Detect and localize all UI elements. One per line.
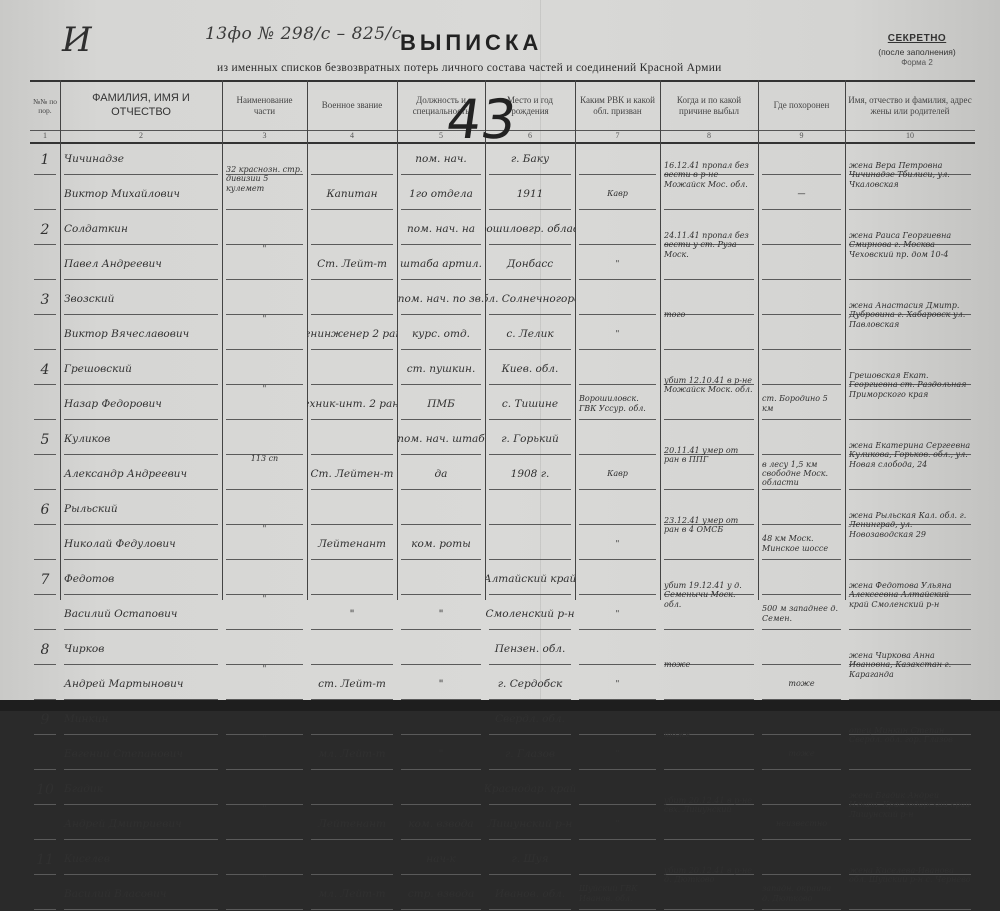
row-rule bbox=[849, 349, 971, 350]
row-rule bbox=[64, 174, 218, 175]
document-title: ВЫПИСКА bbox=[400, 30, 542, 56]
cell-rvk: " bbox=[575, 528, 660, 559]
row-rule bbox=[64, 244, 218, 245]
column-number-4: 4 bbox=[307, 131, 397, 143]
row-rule bbox=[579, 209, 656, 210]
row-rule bbox=[489, 454, 571, 455]
row-rule bbox=[762, 384, 841, 385]
row-rule bbox=[762, 454, 841, 455]
form-label: Форма 2 bbox=[862, 58, 972, 67]
row-rule bbox=[489, 209, 571, 210]
scan-bottom-edge bbox=[0, 700, 1000, 711]
cell-unit: " bbox=[222, 217, 307, 281]
column-header-7: Каким РВК и какой обл. призван bbox=[575, 82, 660, 130]
cell-given: Виктор Михайлович bbox=[60, 178, 222, 209]
losses-table: №№ по пор.1ФАМИЛИЯ, ИМЯ И ОТЧЕСТВО2Наиме… bbox=[30, 80, 975, 700]
cell-rvk: " bbox=[575, 668, 660, 699]
row-rule bbox=[311, 524, 393, 525]
column-header-4: Военное звание bbox=[307, 82, 397, 130]
row-rule bbox=[401, 314, 481, 315]
row-rule bbox=[579, 349, 656, 350]
row-rule bbox=[401, 559, 481, 560]
secret-note: (после заполнения) bbox=[862, 47, 972, 57]
row-rule bbox=[64, 384, 218, 385]
row-rule bbox=[311, 209, 393, 210]
row-rule bbox=[489, 349, 571, 350]
cell-birth-2 bbox=[485, 528, 575, 559]
cell-when: того bbox=[660, 283, 758, 347]
row-rule bbox=[579, 244, 656, 245]
cell-position-2: ПМБ bbox=[397, 388, 485, 419]
cell-when: 24.11.41 пропал без вести у ст. Руза Мос… bbox=[660, 213, 758, 277]
cell-rank: " bbox=[307, 598, 397, 629]
cell-position-1: пом. нач. на bbox=[397, 213, 485, 244]
cell-when: убит 12.10.41 в р-не Можайск Моск. обл. bbox=[660, 353, 758, 417]
cell-unit: 32 краснозн. стр. дивизии 5 кулемет bbox=[222, 147, 307, 211]
cell-rank: Ст. Лейтен-т bbox=[307, 458, 397, 489]
row-rule bbox=[762, 419, 841, 420]
row-rule bbox=[34, 349, 56, 350]
row-rule bbox=[849, 419, 971, 420]
handwritten-reference: 13фо № 298/с – 825/с bbox=[205, 24, 402, 44]
cell-surname: Куликов bbox=[60, 423, 222, 454]
cell-birth-2: с. Тишине bbox=[485, 388, 575, 419]
cell-buried: 500 м западнее д. Семен. bbox=[758, 598, 845, 629]
cell-surname: Грешовский bbox=[60, 353, 222, 384]
row-rule bbox=[762, 174, 841, 175]
cell-given: Виктор Вячеславович bbox=[60, 318, 222, 349]
row-rule bbox=[489, 594, 571, 595]
row-rule bbox=[579, 489, 656, 490]
row-rule bbox=[64, 524, 218, 525]
row-rule bbox=[664, 349, 754, 350]
row-rule bbox=[664, 419, 754, 420]
cell-relatives: жена Анастасия Дмитр. Дубровина г. Хабар… bbox=[845, 283, 975, 347]
row-number: 5 bbox=[30, 423, 60, 457]
cell-surname: Чирков bbox=[60, 633, 222, 664]
row-rule bbox=[64, 209, 218, 210]
cell-when: 23.12.41 умер от ран в 4 ОМСБ bbox=[660, 493, 758, 557]
row-rule bbox=[311, 629, 393, 630]
cell-position-1: ст. пушкин. bbox=[397, 353, 485, 384]
cell-rvk: " bbox=[575, 318, 660, 349]
row-rule bbox=[311, 174, 393, 175]
column-number-1: 1 bbox=[30, 131, 60, 143]
row-rule bbox=[311, 454, 393, 455]
cell-buried: 48 км Моск. Минское шоссе bbox=[758, 528, 845, 559]
row-rule bbox=[311, 244, 393, 245]
row-rule bbox=[762, 664, 841, 665]
row-rule bbox=[64, 559, 218, 560]
row-rule bbox=[64, 279, 218, 280]
row-rule bbox=[489, 244, 571, 245]
row-rule bbox=[311, 279, 393, 280]
cell-position-1: пом. нач. по зв. bbox=[397, 283, 485, 314]
row-rule bbox=[579, 559, 656, 560]
row-rule bbox=[64, 629, 218, 630]
row-rule bbox=[489, 314, 571, 315]
row-rule bbox=[401, 244, 481, 245]
cell-position-1 bbox=[397, 493, 485, 524]
row-rule bbox=[489, 419, 571, 420]
cell-relatives: жена Раиса Георгиевна Смирнова г. Москва… bbox=[845, 213, 975, 277]
cell-position-2: курс. отд. bbox=[397, 318, 485, 349]
cell-unit: " bbox=[222, 637, 307, 701]
row-rule bbox=[849, 489, 971, 490]
cell-birth-2: 1911 bbox=[485, 178, 575, 209]
cell-birth-1: Пензен. обл. bbox=[485, 633, 575, 664]
cell-relatives: жена Екатерина Сергеевна Куликова, Горьк… bbox=[845, 423, 975, 487]
cell-birth-1: Киев. обл. bbox=[485, 353, 575, 384]
row-rule bbox=[489, 629, 571, 630]
row-rule bbox=[401, 489, 481, 490]
row-rule bbox=[579, 454, 656, 455]
row-rule bbox=[401, 174, 481, 175]
row-rule bbox=[489, 664, 571, 665]
row-rule bbox=[311, 489, 393, 490]
row-rule bbox=[579, 314, 656, 315]
cell-position-1 bbox=[397, 633, 485, 664]
row-rule bbox=[401, 279, 481, 280]
row-rule bbox=[849, 209, 971, 210]
row-rule bbox=[664, 279, 754, 280]
row-number: 1 bbox=[30, 143, 60, 177]
row-rule bbox=[311, 419, 393, 420]
cell-given: Назар Федорович bbox=[60, 388, 222, 419]
cell-rvk: Ворошиловск. ГВК Уссур. обл. bbox=[575, 388, 660, 419]
cell-birth-2: Смоленский р-н bbox=[485, 598, 575, 629]
column-number-3: 3 bbox=[222, 131, 307, 143]
handwritten-page-number: 43 bbox=[443, 88, 521, 151]
row-rule bbox=[64, 489, 218, 490]
cell-birth-2: 1908 г. bbox=[485, 458, 575, 489]
row-rule bbox=[401, 629, 481, 630]
document-sheet: И 13фо № 298/с – 825/с ВЫПИСКА из именны… bbox=[0, 0, 1000, 700]
row-rule bbox=[579, 629, 656, 630]
row-rule bbox=[64, 664, 218, 665]
cell-rvk: Кавр bbox=[575, 458, 660, 489]
cell-surname: Чичинадзе bbox=[60, 143, 222, 174]
row-rule bbox=[762, 489, 841, 490]
row-rule bbox=[489, 279, 571, 280]
cell-unit: " bbox=[222, 287, 307, 351]
cell-unit: 113 сп bbox=[222, 427, 307, 491]
column-header-2: ФАМИЛИЯ, ИМЯ И ОТЧЕСТВО bbox=[60, 82, 222, 130]
cell-position-2: " bbox=[397, 598, 485, 629]
row-rule bbox=[579, 419, 656, 420]
row-rule bbox=[762, 279, 841, 280]
row-rule bbox=[34, 279, 56, 280]
row-rule bbox=[311, 384, 393, 385]
column-header-9: Где похоронен bbox=[758, 82, 845, 130]
row-number: 7 bbox=[30, 563, 60, 597]
row-rule bbox=[762, 524, 841, 525]
row-rule bbox=[311, 349, 393, 350]
row-rule bbox=[401, 524, 481, 525]
cell-relatives: жена Рыльская Кал. обл. г. Ленинград, ул… bbox=[845, 493, 975, 557]
cell-birth-2: Донбасс bbox=[485, 248, 575, 279]
row-rule bbox=[579, 664, 656, 665]
row-rule bbox=[762, 349, 841, 350]
column-number-7: 7 bbox=[575, 131, 660, 143]
row-rule bbox=[762, 629, 841, 630]
cell-birth-1 bbox=[485, 493, 575, 524]
archive-mark: И bbox=[62, 20, 92, 60]
row-rule bbox=[311, 314, 393, 315]
row-rule bbox=[579, 384, 656, 385]
cell-relatives: жена Федотова Ульяна Алексеевна Алтайски… bbox=[845, 563, 975, 627]
row-number: 6 bbox=[30, 493, 60, 527]
cell-position-2: да bbox=[397, 458, 485, 489]
cell-birth-1: г. Горький bbox=[485, 423, 575, 454]
row-rule bbox=[401, 349, 481, 350]
cell-birth-1: Моск. обл. Солнечногорский р-н bbox=[485, 283, 575, 314]
cell-position-2: ком. роты bbox=[397, 528, 485, 559]
cell-when: тоже bbox=[660, 633, 758, 697]
row-rule bbox=[579, 174, 656, 175]
cell-position-2: штаба артил. bbox=[397, 248, 485, 279]
cell-buried: ст. Бородино 5 км bbox=[758, 388, 845, 419]
column-number-9: 9 bbox=[758, 131, 845, 143]
cell-unit: " bbox=[222, 497, 307, 561]
cell-rvk: Кавр bbox=[575, 178, 660, 209]
cell-buried: в лесу 1,5 км свободне Моск. области bbox=[758, 458, 845, 489]
column-number-8: 8 bbox=[660, 131, 758, 143]
row-rule bbox=[849, 629, 971, 630]
column-number-2: 2 bbox=[60, 131, 222, 143]
cell-buried bbox=[758, 318, 845, 349]
secret-label: СЕКРЕТНО bbox=[862, 33, 972, 44]
cell-relatives: жена Вера Петровна Чичинадзе Тбилиси, ул… bbox=[845, 143, 975, 207]
row-rule bbox=[34, 559, 56, 560]
column-header-3: Наименование части bbox=[222, 82, 307, 130]
row-rule bbox=[401, 384, 481, 385]
row-rule bbox=[762, 314, 841, 315]
row-rule bbox=[762, 559, 841, 560]
cell-given: Андрей Мартынович bbox=[60, 668, 222, 699]
row-rule bbox=[579, 594, 656, 595]
cell-rank: ст. Лейт-т bbox=[307, 668, 397, 699]
cell-relatives: жена Чиркова Анна Ивановна, Казахстан г.… bbox=[845, 633, 975, 697]
column-header-1: №№ по пор. bbox=[30, 82, 60, 130]
cell-buried: — bbox=[758, 178, 845, 209]
row-rule bbox=[34, 489, 56, 490]
cell-given: Василий Остапович bbox=[60, 598, 222, 629]
cell-unit: " bbox=[222, 567, 307, 631]
row-rule bbox=[849, 559, 971, 560]
row-rule bbox=[489, 524, 571, 525]
row-number: 4 bbox=[30, 353, 60, 387]
column-number-10: 10 bbox=[845, 131, 975, 143]
cell-when: 20.11.41 умер от ран в ППГ bbox=[660, 423, 758, 487]
row-number: 2 bbox=[30, 213, 60, 247]
row-rule bbox=[762, 244, 841, 245]
row-rule bbox=[311, 559, 393, 560]
secrecy-stamp: СЕКРЕТНО (после заполнения) Форма 2 bbox=[862, 33, 972, 67]
row-rule bbox=[849, 279, 971, 280]
row-rule bbox=[401, 419, 481, 420]
row-rule bbox=[579, 524, 656, 525]
cell-position-1: пом. нач. штаб bbox=[397, 423, 485, 454]
cell-birth-1: Ворошиловгр. область bbox=[485, 213, 575, 244]
cell-relatives: Грешовская Екат. Георгиевна ст. Раздольн… bbox=[845, 353, 975, 417]
cell-birth-2: с. Лелик bbox=[485, 318, 575, 349]
row-rule bbox=[664, 209, 754, 210]
row-rule bbox=[64, 594, 218, 595]
column-header-10: Имя, отчество и фамилия, адрес жены или … bbox=[845, 82, 975, 130]
row-number: 3 bbox=[30, 283, 60, 317]
cell-birth-1: Алтайский край bbox=[485, 563, 575, 594]
row-rule bbox=[762, 209, 841, 210]
row-rule bbox=[401, 209, 481, 210]
row-rule bbox=[34, 419, 56, 420]
row-rule bbox=[34, 209, 56, 210]
row-rule bbox=[489, 174, 571, 175]
cell-rank: Капитан bbox=[307, 178, 397, 209]
cell-buried bbox=[758, 248, 845, 279]
row-rule bbox=[64, 314, 218, 315]
cell-unit: " bbox=[222, 357, 307, 421]
row-number: 8 bbox=[30, 633, 60, 667]
row-rule bbox=[401, 664, 481, 665]
row-rule bbox=[489, 489, 571, 490]
row-rule bbox=[64, 349, 218, 350]
cell-surname: Федотов bbox=[60, 563, 222, 594]
row-rule bbox=[311, 664, 393, 665]
row-rule bbox=[664, 489, 754, 490]
row-rule bbox=[489, 559, 571, 560]
row-rule bbox=[311, 594, 393, 595]
cell-when: 16.12.41 пропал без вести в р-не Можайск… bbox=[660, 143, 758, 207]
cell-position-2: " bbox=[397, 668, 485, 699]
document-subtitle: из именных списков безвозвратных потерь … bbox=[217, 62, 722, 74]
cell-rank: Лейтенант bbox=[307, 528, 397, 559]
row-rule bbox=[664, 629, 754, 630]
row-rule bbox=[489, 384, 571, 385]
row-rule bbox=[401, 594, 481, 595]
cell-when: убит 19.12.41 у д. Семенычи Моск. обл. bbox=[660, 563, 758, 627]
cell-given: Николай Федулович bbox=[60, 528, 222, 559]
row-rule bbox=[64, 454, 218, 455]
cell-given: Александр Андреевич bbox=[60, 458, 222, 489]
row-rule bbox=[401, 454, 481, 455]
cell-given: Павел Андреевич bbox=[60, 248, 222, 279]
column-header-8: Когда и по какой причине выбыл bbox=[660, 82, 758, 130]
cell-rank: Военинженер 2 ранга bbox=[307, 318, 397, 349]
row-rule bbox=[762, 594, 841, 595]
cell-buried: тоже bbox=[758, 668, 845, 699]
row-rule bbox=[64, 419, 218, 420]
row-rule bbox=[579, 279, 656, 280]
cell-surname: Рыльский bbox=[60, 493, 222, 524]
cell-surname: Солдаткин bbox=[60, 213, 222, 244]
cell-rank: Ст. Лейт-т bbox=[307, 248, 397, 279]
cell-rvk: " bbox=[575, 248, 660, 279]
cell-position-1 bbox=[397, 563, 485, 594]
row-rule bbox=[34, 629, 56, 630]
row-rule bbox=[664, 559, 754, 560]
cell-birth-2: г. Сердобск bbox=[485, 668, 575, 699]
cell-position-2: 1го отдела bbox=[397, 178, 485, 209]
cell-rvk: " bbox=[575, 598, 660, 629]
cell-rank: техник-инт. 2 ранга bbox=[307, 388, 397, 419]
cell-surname: Звозский bbox=[60, 283, 222, 314]
